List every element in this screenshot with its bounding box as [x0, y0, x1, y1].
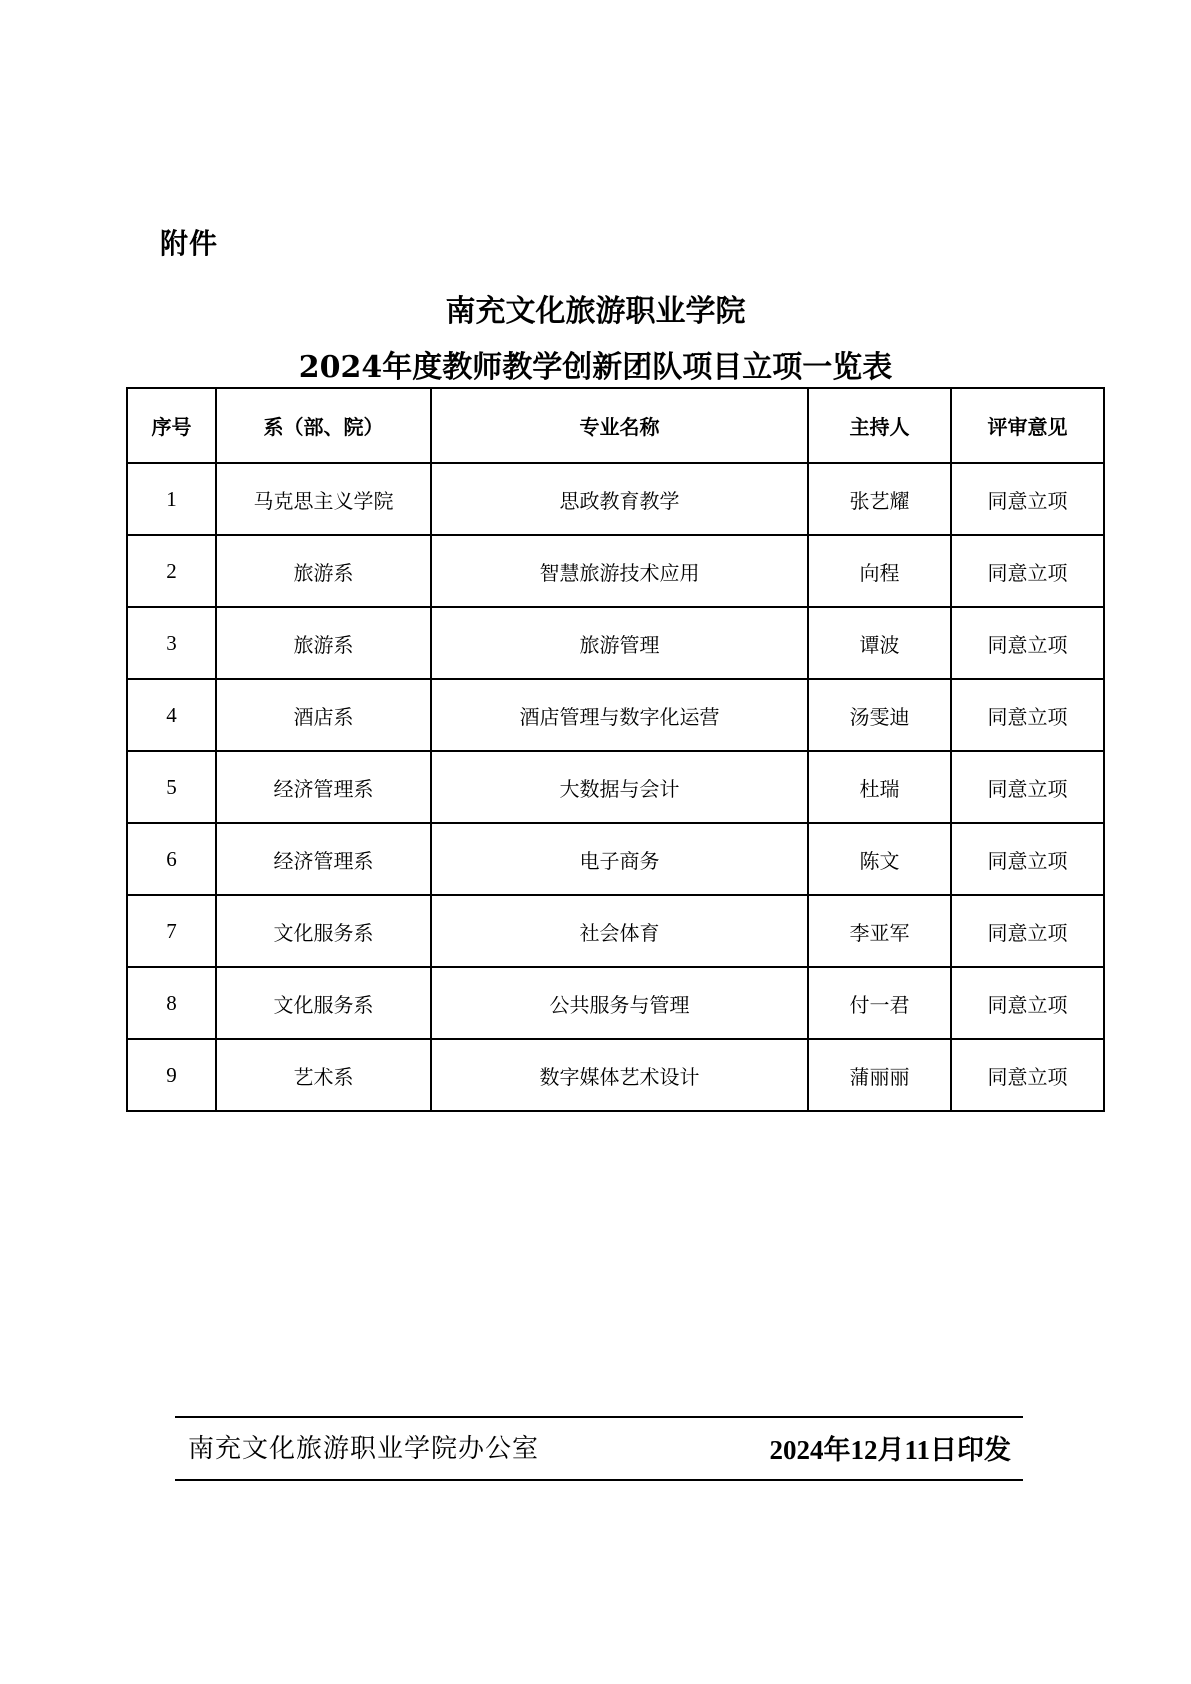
cell-serial-no: 5 [127, 751, 216, 823]
cell-department: 马克思主义学院 [216, 463, 431, 535]
table-row: 6 经济管理系 电子商务 陈文 同意立项 [127, 823, 1104, 895]
cell-major-name: 思政教育教学 [431, 463, 808, 535]
cell-major-name: 数字媒体艺术设计 [431, 1039, 808, 1111]
cell-department: 文化服务系 [216, 895, 431, 967]
table-row: 1 马克思主义学院 思政教育教学 张艺耀 同意立项 [127, 463, 1104, 535]
cell-host: 向程 [808, 535, 951, 607]
cell-host: 杜瑞 [808, 751, 951, 823]
table-header-row: 序号 系（部、院） 专业名称 主持人 评审意见 [127, 388, 1104, 463]
cell-department: 文化服务系 [216, 967, 431, 1039]
cell-review-opinion: 同意立项 [951, 967, 1104, 1039]
cell-department: 经济管理系 [216, 751, 431, 823]
cell-review-opinion: 同意立项 [951, 895, 1104, 967]
cell-serial-no: 4 [127, 679, 216, 751]
cell-serial-no: 2 [127, 535, 216, 607]
cell-host: 付一君 [808, 967, 951, 1039]
cell-review-opinion: 同意立项 [951, 751, 1104, 823]
header-department: 系（部、院） [216, 388, 431, 463]
cell-major-name: 旅游管理 [431, 607, 808, 679]
attachment-label: 附件 [160, 222, 218, 262]
cell-major-name: 电子商务 [431, 823, 808, 895]
table-row: 2 旅游系 智慧旅游技术应用 向程 同意立项 [127, 535, 1104, 607]
cell-major-name: 酒店管理与数字化运营 [431, 679, 808, 751]
cell-department: 经济管理系 [216, 823, 431, 895]
cell-major-name: 公共服务与管理 [431, 967, 808, 1039]
footer-divider-top [175, 1416, 1023, 1418]
cell-major-name: 智慧旅游技术应用 [431, 535, 808, 607]
cell-major-name: 大数据与会计 [431, 751, 808, 823]
table-row: 9 艺术系 数字媒体艺术设计 蒲丽丽 同意立项 [127, 1039, 1104, 1111]
cell-host: 蒲丽丽 [808, 1039, 951, 1111]
cell-department: 酒店系 [216, 679, 431, 751]
cell-host: 张艺耀 [808, 463, 951, 535]
table-row: 5 经济管理系 大数据与会计 杜瑞 同意立项 [127, 751, 1104, 823]
cell-serial-no: 3 [127, 607, 216, 679]
cell-department: 艺术系 [216, 1039, 431, 1111]
cell-review-opinion: 同意立项 [951, 679, 1104, 751]
cell-major-name: 社会体育 [431, 895, 808, 967]
document-title-institution: 南充文化旅游职业学院 [0, 286, 1191, 330]
cell-serial-no: 7 [127, 895, 216, 967]
footer-divider-bottom [175, 1479, 1023, 1481]
cell-review-opinion: 同意立项 [951, 535, 1104, 607]
cell-review-opinion: 同意立项 [951, 1039, 1104, 1111]
cell-review-opinion: 同意立项 [951, 823, 1104, 895]
header-review-opinion: 评审意见 [951, 388, 1104, 463]
cell-review-opinion: 同意立项 [951, 607, 1104, 679]
cell-host: 陈文 [808, 823, 951, 895]
issuing-office: 南充文化旅游职业学院办公室 [188, 1428, 539, 1465]
cell-host: 汤雯迪 [808, 679, 951, 751]
cell-serial-no: 9 [127, 1039, 216, 1111]
cell-serial-no: 6 [127, 823, 216, 895]
cell-department: 旅游系 [216, 607, 431, 679]
cell-host: 谭波 [808, 607, 951, 679]
table-row: 4 酒店系 酒店管理与数字化运营 汤雯迪 同意立项 [127, 679, 1104, 751]
table-row: 3 旅游系 旅游管理 谭波 同意立项 [127, 607, 1104, 679]
cell-review-opinion: 同意立项 [951, 463, 1104, 535]
project-approval-table: 序号 系（部、院） 专业名称 主持人 评审意见 1 马克思主义学院 思政教育教学… [126, 387, 1105, 1112]
cell-department: 旅游系 [216, 535, 431, 607]
table-row: 8 文化服务系 公共服务与管理 付一君 同意立项 [127, 967, 1104, 1039]
cell-host: 李亚军 [808, 895, 951, 967]
header-major-name: 专业名称 [431, 388, 808, 463]
header-host: 主持人 [808, 388, 951, 463]
header-serial-no: 序号 [127, 388, 216, 463]
issue-date: 2024年12月11日印发 [769, 1428, 1011, 1467]
document-title-list: 2024年度教师教学创新团队项目立项一览表 [0, 342, 1191, 386]
cell-serial-no: 1 [127, 463, 216, 535]
table-row: 7 文化服务系 社会体育 李亚军 同意立项 [127, 895, 1104, 967]
cell-serial-no: 8 [127, 967, 216, 1039]
